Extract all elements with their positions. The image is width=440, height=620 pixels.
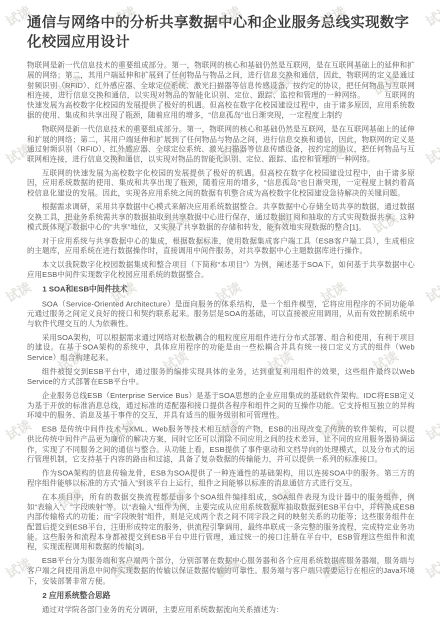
watermark-stamp: 试读 (422, 1, 440, 30)
body-paragraph: 在本项目中，所有的数据交换流程都是由多个SOA组件编排组成，SOA组件表现为设计… (27, 492, 415, 552)
body-paragraph: ESB 是传统中间件技术与XML、Web服务等技术相互结合的产物，ESB的出现改… (27, 425, 415, 465)
watermark-stamp: 试读 (422, 415, 440, 444)
document-page: 试读试读试读试读试读试读试读试读试读试读试读试读试读试读试读试读试读试读试读试读… (0, 0, 440, 620)
body-paragraph: ESB平台分为服务端和客户端两个部分，分别部署在数据中心服务器和各个应用系统数据… (27, 556, 415, 586)
watermark-stamp: 试读 (422, 277, 440, 306)
section-heading: 1 SOA和ESB中间件技术 (27, 285, 415, 295)
document-body: 物联网是新一代信息技术的重要组成部分。第一，物联网的核心和基础仍然是互联网，是在… (27, 61, 415, 616)
body-paragraph: 根据需求调研，采用共享数据中心模式来解决应用系统数据整合。共享数据中心存储全局共… (27, 202, 415, 232)
document-content: 通信与网络中的分析共享数据中心和企业服务总线实现数字化校园应用设计 物联网是新一… (27, 13, 415, 619)
body-paragraph: 物联网是新一代信息技术的重要组成部分。第一，物联网的核心和基础仍然是互联网，是在… (27, 61, 415, 121)
body-paragraph: 企业服务总线ESB（Enterprise Service Bus）是基于SOA思… (27, 391, 415, 421)
body-paragraph: 本文以我院数字化校园数据集成和整合项目（下简称“本项目”）为例，阐述基于SOA下… (27, 260, 415, 280)
section-heading: 2 应用系统整合思路 (27, 591, 415, 601)
document-title: 通信与网络中的分析共享数据中心和企业服务总线实现数字化校园应用设计 (27, 13, 415, 52)
body-paragraph: 作为SOA架构的信息传输龙骨，ESB为SOA提供了一种连通性的基础架构，用以连接… (27, 468, 415, 488)
body-paragraph: SOA（Service-Oriented Architecture）是面向服务的… (27, 299, 415, 329)
body-paragraph: 采用SOA架构，可以根据需求通过网络对松散耦合的粗粒度应用组件进行分布式部署、组… (27, 333, 415, 363)
body-paragraph: 物联网是新一代信息技术的重要组成部分。第一，物联网的核心和基础仍然是互联网，是在… (27, 124, 415, 164)
body-paragraph: 互联网的快速发展为高校数字化校园的发展提供了极好的机遇。但高校在数字化校园建设过… (27, 168, 415, 198)
body-paragraph: 对于应用系统与共享数据中心的集成，根据数据标准，使用数据集成客户端工具（ESB客… (27, 236, 415, 256)
body-paragraph: 组件被提交到ESB平台中，通过服务的编排实现具体的业务，达到重复利用组件的效果，… (27, 367, 415, 387)
watermark-stamp: 试读 (422, 139, 440, 168)
watermark-stamp: 试读 (422, 553, 440, 582)
body-paragraph: 通过对学院各部门业务的充分调研，主要应用系统数据流向关系描述为： (27, 605, 415, 615)
